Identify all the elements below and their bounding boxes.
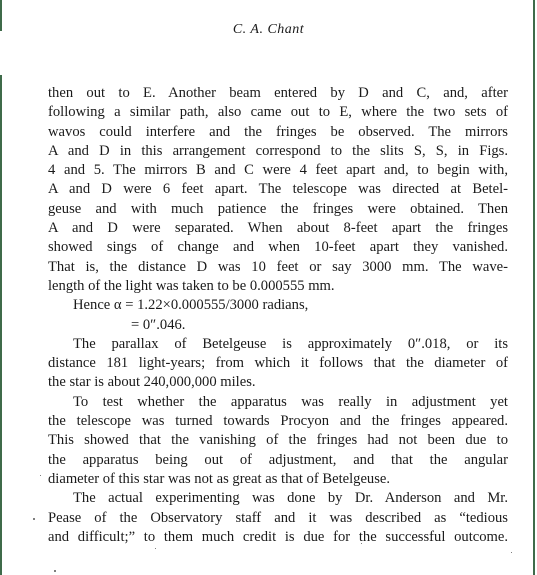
text-line: A and D were 6 feet apart. The telescope… xyxy=(48,180,508,199)
text-line: and difficult;” to them much credit is d… xyxy=(48,528,508,547)
paragraph-start: The parallax of Betelgeuse is approximat… xyxy=(48,335,508,354)
text-line: This showed that the vanishing of the fr… xyxy=(48,431,508,450)
left-edge-border xyxy=(0,75,2,575)
scan-speck xyxy=(33,518,35,520)
text-line: then out to E. Another beam entered by D… xyxy=(48,84,508,103)
scan-speck xyxy=(155,548,156,549)
scan-speck xyxy=(40,475,41,476)
text-line: geuse and with much patience the fringes… xyxy=(48,200,508,219)
text-line: 4 and 5. The mirrors B and C were 4 feet… xyxy=(48,161,508,180)
equation-result: = 0″.046. xyxy=(48,316,508,335)
paragraph-start: To test whether the apparatus was really… xyxy=(48,393,508,412)
text-line: showed sings of change and when 10-feet … xyxy=(48,238,508,257)
equation-line: Hence α = 1.22×0.000555/3000 radians, xyxy=(48,296,508,315)
scan-speck xyxy=(54,570,56,572)
text-line: the apparatus being out of adjustment, a… xyxy=(48,451,508,470)
scan-speck xyxy=(361,543,362,544)
body-text: then out to E. Another beam entered by D… xyxy=(48,84,508,547)
text-line: wavos could interfere and the fringes be… xyxy=(48,123,508,142)
text-line: A and D in this arrangement correspond t… xyxy=(48,142,508,161)
right-edge-border xyxy=(533,0,535,575)
text-line: diameter of this star was not as great a… xyxy=(48,470,508,489)
text-line: the telescope was turned towards Procyon… xyxy=(48,412,508,431)
scan-speck xyxy=(511,552,512,553)
paragraph-start: The actual experimenting was done by Dr.… xyxy=(48,489,508,508)
text-line: the star is about 240,000,000 miles. xyxy=(48,373,508,392)
text-line: distance 181 light-years; from which it … xyxy=(48,354,508,373)
running-header: C. A. Chant xyxy=(0,22,537,38)
text-line: A and D were separated. When about 8-fee… xyxy=(48,219,508,238)
text-line: That is, the distance D was 10 feet or s… xyxy=(48,258,508,277)
text-line: length of the light was taken to be 0.00… xyxy=(48,277,508,296)
text-line: following a similar path, also came out … xyxy=(48,103,508,122)
text-line: Pease of the Observatory staff and it wa… xyxy=(48,509,508,528)
